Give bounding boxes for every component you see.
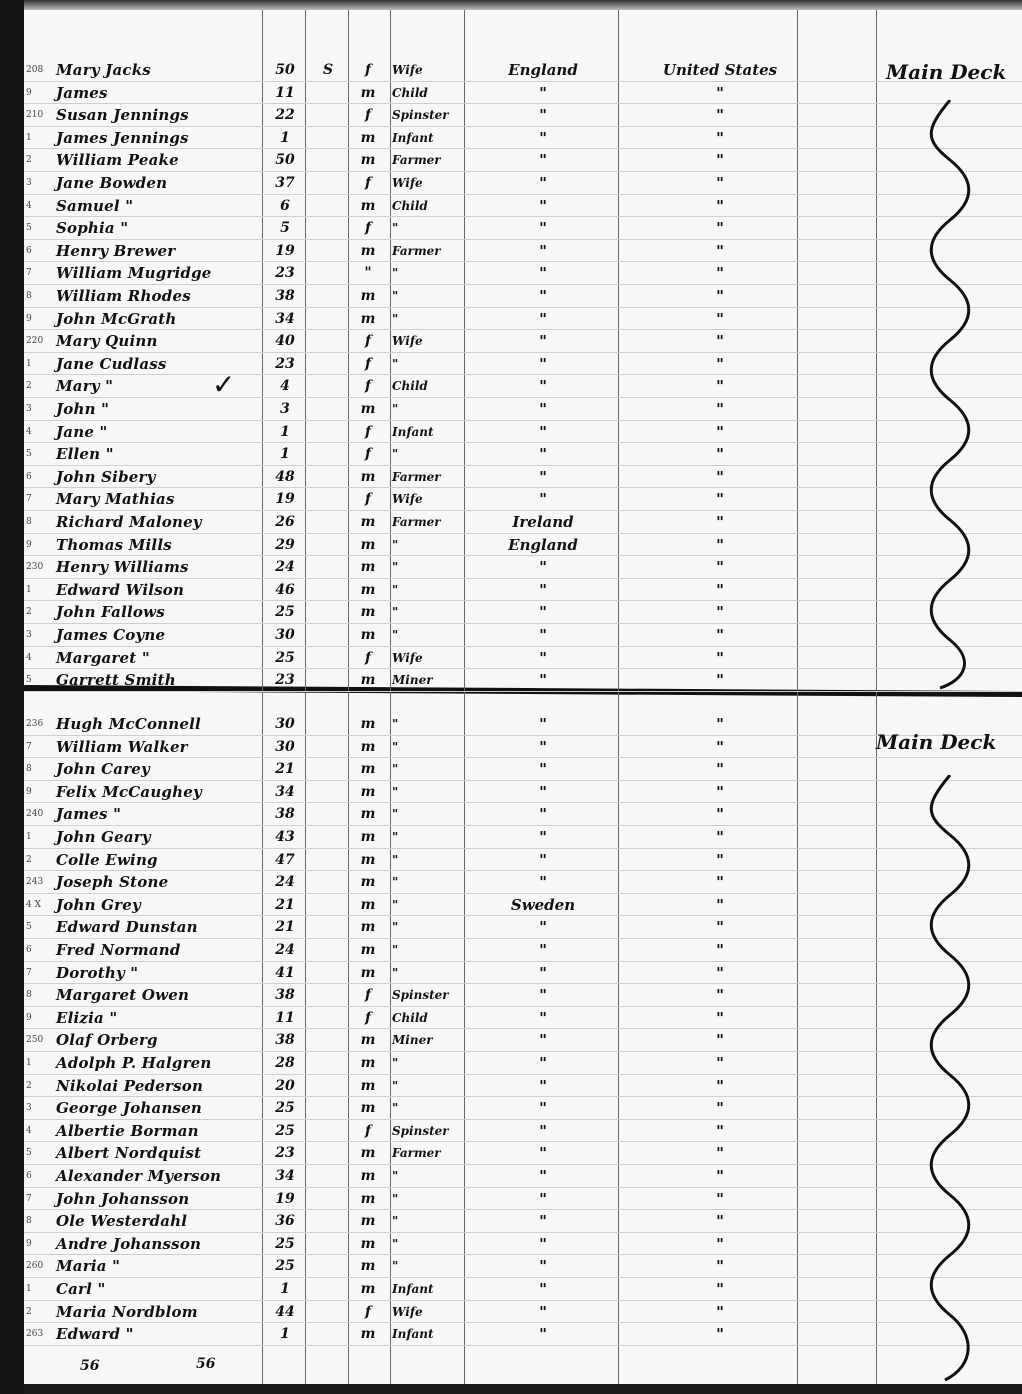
passenger-name: Samuel " xyxy=(56,196,256,217)
passenger-row: 9John McGrath34m""" xyxy=(0,309,1022,330)
passenger-sex: f xyxy=(350,376,386,397)
passenger-occupation: " xyxy=(392,827,462,848)
passenger-number: 9 xyxy=(26,535,52,556)
destination: " xyxy=(620,286,820,307)
destination: " xyxy=(620,1098,820,1119)
passenger-age: 25 xyxy=(268,648,302,669)
passenger-age: 19 xyxy=(268,489,302,510)
passenger-age: 25 xyxy=(268,1098,302,1119)
passenger-sex: m xyxy=(350,467,386,488)
passenger-sex: f xyxy=(350,489,386,510)
passenger-number: 3 xyxy=(26,399,52,420)
destination: " xyxy=(620,714,820,735)
passenger-occupation: Child xyxy=(392,83,462,104)
passenger-age: 22 xyxy=(268,105,302,126)
passenger-age: 43 xyxy=(268,827,302,848)
passenger-occupation: " xyxy=(392,1234,462,1255)
passenger-age: 28 xyxy=(268,1053,302,1074)
country-of-origin: " xyxy=(468,1008,618,1029)
country-of-origin: " xyxy=(468,150,618,171)
country-of-origin: " xyxy=(468,670,618,691)
passenger-number: 4 xyxy=(26,196,52,217)
destination: " xyxy=(620,895,820,916)
passenger-age: 6 xyxy=(268,196,302,217)
passenger-age: 3 xyxy=(268,399,302,420)
passenger-age: 20 xyxy=(268,1076,302,1097)
passenger-occupation: Farmer xyxy=(392,150,462,171)
country-of-origin: " xyxy=(468,625,618,646)
destination: " xyxy=(620,105,820,126)
passenger-age: 23 xyxy=(268,1143,302,1164)
passenger-age: 23 xyxy=(268,263,302,284)
passenger-number: 6 xyxy=(26,1166,52,1187)
country-of-origin: " xyxy=(468,804,618,825)
destination: " xyxy=(620,759,820,780)
passenger-sex: m xyxy=(350,895,386,916)
passenger-row: 4 XJohn Grey21m"Sweden" xyxy=(0,895,1022,916)
destination: " xyxy=(620,737,820,758)
passenger-number: 260 xyxy=(26,1256,52,1277)
passenger-row: 263Edward "1mInfant"" xyxy=(0,1324,1022,1345)
marital-status xyxy=(310,241,346,262)
passenger-name: Dorothy " xyxy=(56,963,256,984)
passenger-name: Edward Dunstan xyxy=(56,917,256,938)
passenger-row: 243Joseph Stone24m""" xyxy=(0,872,1022,893)
passenger-row: 8John Carey21m""" xyxy=(0,759,1022,780)
passenger-sex: f xyxy=(350,1008,386,1029)
passenger-row: 4Jane "1fInfant"" xyxy=(0,422,1022,443)
passenger-name: Nikolai Pederson xyxy=(56,1076,256,1097)
passenger-name: Elizia " xyxy=(56,1008,256,1029)
passenger-number: 2 xyxy=(26,150,52,171)
marital-status xyxy=(310,422,346,443)
country-of-origin: " xyxy=(468,263,618,284)
destination: " xyxy=(620,444,820,465)
passenger-age: 25 xyxy=(268,1234,302,1255)
passenger-number: 2 xyxy=(26,376,52,397)
marital-status xyxy=(310,309,346,330)
passenger-number: 8 xyxy=(26,985,52,1006)
passenger-occupation: " xyxy=(392,895,462,916)
passenger-sex: m xyxy=(350,1076,386,1097)
passenger-number: 263 xyxy=(26,1324,52,1345)
passenger-row: 5Sophia "5f""" xyxy=(0,218,1022,239)
passenger-row: 6Henry Brewer19mFarmer"" xyxy=(0,241,1022,262)
country-of-origin: " xyxy=(468,827,618,848)
passenger-name: Colle Ewing xyxy=(56,850,256,871)
destination: " xyxy=(620,602,820,623)
passenger-age: 48 xyxy=(268,467,302,488)
passenger-row: 7William Walker30m""" xyxy=(0,737,1022,758)
marital-status xyxy=(310,218,346,239)
passenger-row: 5Garrett Smith23mMiner"" xyxy=(0,670,1022,691)
destination: " xyxy=(620,173,820,194)
passenger-occupation: " xyxy=(392,714,462,735)
passenger-number: 1 xyxy=(26,1279,52,1300)
passenger-row: 240James "38m""" xyxy=(0,804,1022,825)
passenger-name: Thomas Mills xyxy=(56,535,256,556)
passenger-name: John McGrath xyxy=(56,309,256,330)
destination: " xyxy=(620,1143,820,1164)
destination: " xyxy=(620,241,820,262)
passenger-name: John Geary xyxy=(56,827,256,848)
destination: " xyxy=(620,1166,820,1187)
country-of-origin: " xyxy=(468,467,618,488)
passenger-row: 8Richard Maloney26mFarmerIreland" xyxy=(0,512,1022,533)
passenger-sex: m xyxy=(350,1143,386,1164)
passenger-row: 4Albertie Borman25fSpinster"" xyxy=(0,1121,1022,1142)
passenger-age: 38 xyxy=(268,804,302,825)
passenger-name: John " xyxy=(56,399,256,420)
destination: " xyxy=(620,1324,820,1345)
passenger-row: 3George Johansen25m""" xyxy=(0,1098,1022,1119)
passenger-number: 7 xyxy=(26,1189,52,1210)
country-of-origin: England xyxy=(468,60,618,81)
destination: " xyxy=(620,1234,820,1255)
passenger-number: 2 xyxy=(26,602,52,623)
passenger-occupation: " xyxy=(392,850,462,871)
passenger-name: James " xyxy=(56,804,256,825)
passenger-name: William Walker xyxy=(56,737,256,758)
passenger-sex: m xyxy=(350,850,386,871)
country-of-origin: " xyxy=(468,1053,618,1074)
destination: " xyxy=(620,376,820,397)
passenger-age: 38 xyxy=(268,286,302,307)
passenger-age: 30 xyxy=(268,714,302,735)
passenger-name: Garrett Smith xyxy=(56,670,256,691)
destination: " xyxy=(620,1279,820,1300)
passenger-name: Albert Nordquist xyxy=(56,1143,256,1164)
marital-status xyxy=(310,376,346,397)
passenger-age: 50 xyxy=(268,150,302,171)
passenger-occupation: Farmer xyxy=(392,1143,462,1164)
passenger-name: Maria " xyxy=(56,1256,256,1277)
country-of-origin: " xyxy=(468,331,618,352)
passenger-name: John Carey xyxy=(56,759,256,780)
passenger-name: George Johansen xyxy=(56,1098,256,1119)
passenger-age: 1 xyxy=(268,422,302,443)
passenger-sex: m xyxy=(350,872,386,893)
passenger-number: 5 xyxy=(26,444,52,465)
passenger-sex: m xyxy=(350,128,386,149)
passenger-number: 220 xyxy=(26,331,52,352)
country-of-origin: " xyxy=(468,1076,618,1097)
destination: " xyxy=(620,128,820,149)
destination: " xyxy=(620,218,820,239)
passenger-age: 4 xyxy=(268,376,302,397)
passenger-age: 11 xyxy=(268,1008,302,1029)
country-of-origin: " xyxy=(468,83,618,104)
passenger-name: Ole Westerdahl xyxy=(56,1211,256,1232)
passenger-age: 1 xyxy=(268,444,302,465)
passenger-number: 236 xyxy=(26,714,52,735)
marital-status xyxy=(310,196,346,217)
passenger-occupation: Spinster xyxy=(392,105,462,126)
marital-status xyxy=(310,128,346,149)
marital-status xyxy=(310,648,346,669)
passenger-name: Hugh McConnell xyxy=(56,714,256,735)
passenger-age: 44 xyxy=(268,1302,302,1323)
country-of-origin: " xyxy=(468,354,618,375)
destination: " xyxy=(620,625,820,646)
passenger-age: 34 xyxy=(268,1166,302,1187)
destination: " xyxy=(620,535,820,556)
passenger-row: 7Dorothy "41m""" xyxy=(0,963,1022,984)
passenger-name: Henry Williams xyxy=(56,557,256,578)
passenger-age: 21 xyxy=(268,759,302,780)
passenger-sex: m xyxy=(350,759,386,780)
passenger-name: Joseph Stone xyxy=(56,872,256,893)
country-of-origin: " xyxy=(468,218,618,239)
tally-right: 56 xyxy=(196,1356,215,1372)
passenger-sex: m xyxy=(350,512,386,533)
country-of-origin: " xyxy=(468,196,618,217)
passenger-number: 2 xyxy=(26,850,52,871)
passenger-row: 6Fred Normand24m""" xyxy=(0,940,1022,961)
passenger-age: 26 xyxy=(268,512,302,533)
passenger-name: Henry Brewer xyxy=(56,241,256,262)
passenger-number: 5 xyxy=(26,670,52,691)
passenger-age: 24 xyxy=(268,872,302,893)
country-of-origin: " xyxy=(468,1121,618,1142)
passenger-row: 8William Rhodes38m""" xyxy=(0,286,1022,307)
country-of-origin: " xyxy=(468,557,618,578)
passenger-row: 4Samuel "6mChild"" xyxy=(0,196,1022,217)
marital-status xyxy=(310,512,346,533)
passenger-name: James Coyne xyxy=(56,625,256,646)
passenger-name: Sophia " xyxy=(56,218,256,239)
page-top-edge xyxy=(24,0,1022,10)
passenger-number: 8 xyxy=(26,512,52,533)
passenger-occupation: Infant xyxy=(392,422,462,443)
destination: " xyxy=(620,648,820,669)
passenger-number: 9 xyxy=(26,83,52,104)
passenger-number: 208 xyxy=(26,60,52,81)
passenger-occupation: " xyxy=(392,1053,462,1074)
passenger-occupation: Miner xyxy=(392,1030,462,1051)
passenger-occupation: " xyxy=(392,1189,462,1210)
country-of-origin: " xyxy=(468,1189,618,1210)
passenger-age: 25 xyxy=(268,1121,302,1142)
destination: " xyxy=(620,331,820,352)
passenger-number: 5 xyxy=(26,1143,52,1164)
passenger-sex: m xyxy=(350,804,386,825)
passenger-sex: f xyxy=(350,1121,386,1142)
country-of-origin: " xyxy=(468,759,618,780)
passenger-age: 25 xyxy=(268,1256,302,1277)
passenger-row: 3Jane Bowden37fWife"" xyxy=(0,173,1022,194)
destination: " xyxy=(620,1256,820,1277)
passenger-row: 5Albert Nordquist23mFarmer"" xyxy=(0,1143,1022,1164)
country-of-origin: " xyxy=(468,963,618,984)
passenger-sex: m xyxy=(350,737,386,758)
passenger-sex: m xyxy=(350,399,386,420)
lower-deck-label: Main Deck xyxy=(876,730,996,754)
passenger-name: Andre Johansson xyxy=(56,1234,256,1255)
passenger-sex: f xyxy=(350,1302,386,1323)
passenger-occupation: Infant xyxy=(392,1324,462,1345)
passenger-occupation: Wife xyxy=(392,489,462,510)
passenger-sex: f xyxy=(350,218,386,239)
passenger-occupation: " xyxy=(392,218,462,239)
destination: " xyxy=(620,872,820,893)
destination: " xyxy=(620,1008,820,1029)
passenger-occupation: " xyxy=(392,963,462,984)
passenger-occupation: " xyxy=(392,1076,462,1097)
passenger-sex: m xyxy=(350,1256,386,1277)
passenger-age: 1 xyxy=(268,128,302,149)
passenger-age: 34 xyxy=(268,782,302,803)
passenger-sex: m xyxy=(350,1053,386,1074)
passenger-occupation: Spinster xyxy=(392,1121,462,1142)
passenger-age: 37 xyxy=(268,173,302,194)
passenger-sex: f xyxy=(350,354,386,375)
passenger-age: 36 xyxy=(268,1211,302,1232)
passenger-sex: m xyxy=(350,83,386,104)
passenger-occupation: " xyxy=(392,557,462,578)
passenger-occupation: " xyxy=(392,1166,462,1187)
country-of-origin: " xyxy=(468,872,618,893)
marital-status xyxy=(310,602,346,623)
passenger-number: 6 xyxy=(26,241,52,262)
marital-status xyxy=(310,467,346,488)
marital-status: S xyxy=(310,60,346,81)
country-of-origin: " xyxy=(468,714,618,735)
passenger-sex: m xyxy=(350,1098,386,1119)
country-of-origin: " xyxy=(468,286,618,307)
destination: " xyxy=(620,670,820,691)
passenger-name: John Fallows xyxy=(56,602,256,623)
passenger-name: John Sibery xyxy=(56,467,256,488)
passenger-age: 11 xyxy=(268,83,302,104)
passenger-age: 50 xyxy=(268,60,302,81)
country-of-origin: " xyxy=(468,444,618,465)
passenger-sex: m xyxy=(350,286,386,307)
destination: " xyxy=(620,196,820,217)
passenger-occupation: " xyxy=(392,1098,462,1119)
passenger-occupation: " xyxy=(392,872,462,893)
passenger-age: 25 xyxy=(268,602,302,623)
destination: " xyxy=(620,782,820,803)
passenger-occupation: Wife xyxy=(392,331,462,352)
country-of-origin: England xyxy=(468,535,618,556)
passenger-sex: f xyxy=(350,422,386,443)
passenger-sex: f xyxy=(350,648,386,669)
passenger-name: James Jennings xyxy=(56,128,256,149)
passenger-occupation: Child xyxy=(392,1008,462,1029)
country-of-origin: " xyxy=(468,489,618,510)
passenger-number: 9 xyxy=(26,1008,52,1029)
passenger-row: 2John Fallows25m""" xyxy=(0,602,1022,623)
destination: " xyxy=(620,83,820,104)
passenger-name: Mary Quinn xyxy=(56,331,256,352)
page-bottom-edge xyxy=(24,1384,1022,1394)
passenger-occupation: " xyxy=(392,917,462,938)
passenger-sex: f xyxy=(350,105,386,126)
passenger-row: 2Maria Nordblom44fWife"" xyxy=(0,1302,1022,1323)
marital-status xyxy=(310,489,346,510)
passenger-name: Alexander Myerson xyxy=(56,1166,256,1187)
passenger-number: 3 xyxy=(26,625,52,646)
passenger-sex: f xyxy=(350,173,386,194)
country-of-origin: " xyxy=(468,128,618,149)
passenger-age: 5 xyxy=(268,218,302,239)
country-of-origin: " xyxy=(468,648,618,669)
passenger-age: 24 xyxy=(268,557,302,578)
passenger-number: 5 xyxy=(26,218,52,239)
passenger-sex: m xyxy=(350,917,386,938)
destination: " xyxy=(620,917,820,938)
passenger-occupation: " xyxy=(392,535,462,556)
passenger-age: 47 xyxy=(268,850,302,871)
passenger-name: James xyxy=(56,83,256,104)
passenger-age: 30 xyxy=(268,625,302,646)
passenger-age: 21 xyxy=(268,895,302,916)
marital-status xyxy=(310,580,346,601)
passenger-sex: m xyxy=(350,150,386,171)
passenger-number: 7 xyxy=(26,489,52,510)
country-of-origin: " xyxy=(468,985,618,1006)
passenger-occupation: " xyxy=(392,444,462,465)
passenger-row: 4Margaret "25fWife"" xyxy=(0,648,1022,669)
passenger-age: 34 xyxy=(268,309,302,330)
passenger-number: 1 xyxy=(26,580,52,601)
passenger-number: 4 X xyxy=(26,895,52,916)
passenger-number: 6 xyxy=(26,940,52,961)
passenger-row: 6John Sibery48mFarmer"" xyxy=(0,467,1022,488)
passenger-name: Maria Nordblom xyxy=(56,1302,256,1323)
passenger-name: William Peake xyxy=(56,150,256,171)
country-of-origin: " xyxy=(468,940,618,961)
passenger-sex: m xyxy=(350,670,386,691)
destination: " xyxy=(620,1030,820,1051)
passenger-row: 210Susan Jennings22fSpinster"" xyxy=(0,105,1022,126)
country-of-origin: " xyxy=(468,1256,618,1277)
passenger-name: Fred Normand xyxy=(56,940,256,961)
passenger-occupation: " xyxy=(392,940,462,961)
passenger-sex: m xyxy=(350,1030,386,1051)
passenger-occupation: " xyxy=(392,625,462,646)
passenger-age: 19 xyxy=(268,241,302,262)
passenger-name: William Mugridge xyxy=(56,263,256,284)
passenger-occupation: " xyxy=(392,782,462,803)
passenger-row: 260Maria "25m""" xyxy=(0,1256,1022,1277)
destination: " xyxy=(620,489,820,510)
marital-status xyxy=(310,150,346,171)
passenger-row: 7Mary Mathias19fWife"" xyxy=(0,489,1022,510)
passenger-name: Adolph P. Halgren xyxy=(56,1053,256,1074)
passenger-name: Margaret Owen xyxy=(56,985,256,1006)
destination: " xyxy=(620,1053,820,1074)
passenger-name: Jane Bowden xyxy=(56,173,256,194)
manifest-page: 208Mary Jacks50SfWifeEnglandUnited State… xyxy=(0,0,1022,1394)
country-of-origin: " xyxy=(468,1234,618,1255)
marital-status xyxy=(310,354,346,375)
passenger-age: 19 xyxy=(268,1189,302,1210)
passenger-age: 40 xyxy=(268,331,302,352)
destination: " xyxy=(620,985,820,1006)
country-of-origin: " xyxy=(468,422,618,443)
passenger-occupation: Farmer xyxy=(392,467,462,488)
passenger-name: John Johansson xyxy=(56,1189,256,1210)
passenger-age: 29 xyxy=(268,535,302,556)
passenger-occupation: Wife xyxy=(392,60,462,81)
passenger-sex: m xyxy=(350,940,386,961)
passenger-sex: m xyxy=(350,963,386,984)
passenger-number: 2 xyxy=(26,1076,52,1097)
passenger-number: 7 xyxy=(26,263,52,284)
passenger-age: 30 xyxy=(268,737,302,758)
